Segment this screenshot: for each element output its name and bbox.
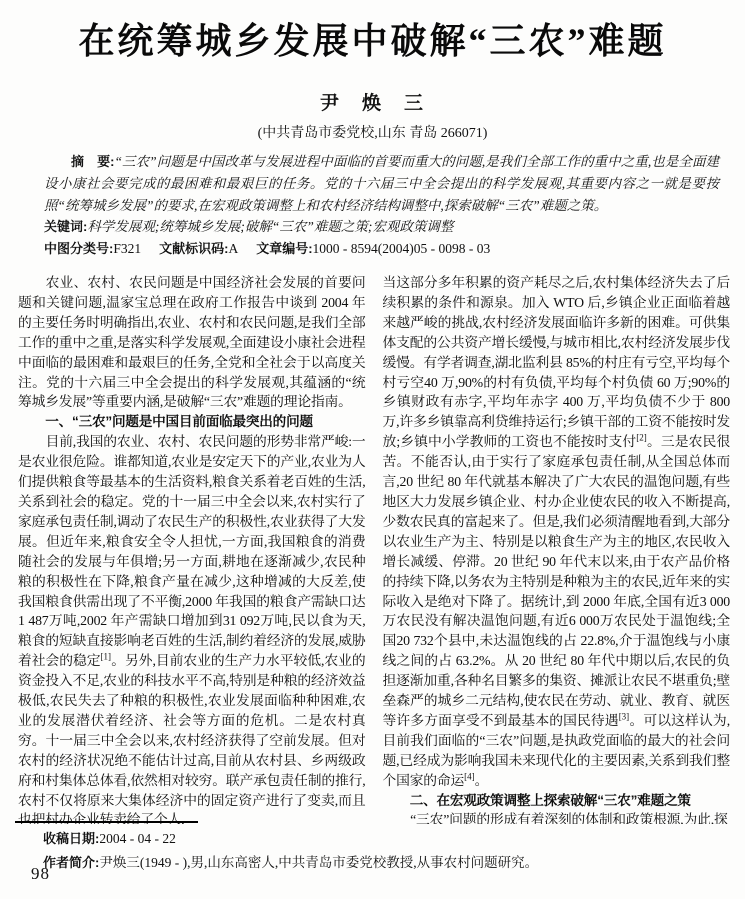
- text-run: 二、在宏观政策调整上探索破解“三农”难题之策: [410, 793, 691, 808]
- author-bio-value: 尹焕三(1949 - ),男,山东高密人,中共青岛市委党校教授,从事农村问题研究…: [99, 855, 538, 870]
- received-date-label: 收稿日期:: [43, 831, 99, 846]
- left-column: 农业、农村、农民问题是中国经济社会发展的首要问题和关键问题,温家宝总理在政府工作…: [18, 273, 366, 824]
- text-run: 一、“三农”问题是中国目前面临最突出的问题: [45, 414, 313, 429]
- author-name: 尹 焕 三: [0, 88, 745, 115]
- article-no-value: 1000 - 8594(2004)05 - 0098 - 03: [313, 241, 491, 256]
- text-run: 。另外,目前农业的生产力水平较低,农业的资金投入不足,农业的科技水平不高,特别是…: [18, 653, 366, 824]
- clc-label: 中图分类号:: [44, 241, 113, 256]
- body-paragraph: 农业、农村、农民问题是中国经济社会发展的首要问题和关键问题,温家宝总理在政府工作…: [18, 273, 366, 412]
- author-bio-label: 作者简介:: [43, 855, 99, 870]
- text-run: 。三是农民很苦。不能否认,由于实行了家庭承包责任制,从全国总体而言,20 世纪 …: [383, 434, 731, 728]
- text-run: “三农”问题的形成有着深刻的体制和政策根源,为此,探: [410, 812, 727, 824]
- citation-ref: [3]: [619, 711, 630, 721]
- body-columns: 农业、农村、农民问题是中国经济社会发展的首要问题和关键问题,温家宝总理在政府工作…: [18, 273, 730, 824]
- page-number: 98: [31, 864, 50, 884]
- abstract-line: 摘 要:“三农”问题是中国改革与发展进程中面临的首要而重大的问题,是我们全部工作…: [44, 151, 719, 216]
- author-affiliation: (中共青岛市委党校,山东 青岛 266071): [0, 122, 745, 142]
- section-heading: 一、“三农”问题是中国目前面临最突出的问题: [18, 412, 366, 432]
- article-title: 在统筹城乡发展中破解“三农”难题: [0, 13, 745, 64]
- text-run: 目前,我国的农业、农村、农民问题的形势非常严峻:一是农业很危险。谁都知道,农业是…: [18, 434, 366, 668]
- abstract-label: 摘 要:: [71, 154, 114, 169]
- section-heading: 二、在宏观政策调整上探索破解“三农”难题之策: [383, 791, 731, 811]
- text-run: 。: [475, 773, 489, 788]
- author-bio-line: 作者简介:尹焕三(1949 - ),男,山东高密人,中共青岛市委党校教授,从事农…: [43, 851, 725, 875]
- journal-page: 在统筹城乡发展中破解“三农”难题 尹 焕 三 (中共青岛市委党校,山东 青岛 2…: [0, 0, 745, 899]
- keywords-line: 关键词:科学发展观;统筹城乡发展;破解“三农”难题之策;宏观政策调整: [44, 216, 719, 238]
- clc-value: F321: [113, 241, 141, 256]
- footnote-divider: [15, 821, 198, 823]
- text-run: 农业、农村、农民问题是中国经济社会发展的首要问题和关键问题,温家宝总理在政府工作…: [18, 275, 366, 409]
- body-paragraph: 目前,我国的农业、农村、农民问题的形势非常严峻:一是农业很危险。谁都知道,农业是…: [18, 432, 366, 824]
- article-no-label: 文章编号:: [256, 241, 312, 256]
- body-paragraph: “三农”问题的形成有着深刻的体制和政策根源,为此,探: [383, 810, 731, 824]
- right-column: 当这部分多年积累的资产耗尽之后,农村集体经济失去了后续积累的条件和源泉。加入 W…: [383, 273, 731, 824]
- citation-ref: [1]: [101, 652, 112, 662]
- keywords-label: 关键词:: [44, 219, 87, 234]
- keywords-text: 科学发展观;统筹城乡发展;破解“三农”难题之策;宏观政策调整: [87, 219, 453, 234]
- abstract-text: “三农”问题是中国改革与发展进程中面临的首要而重大的问题,是我们全部工作的重中之…: [44, 154, 719, 213]
- received-date-line: 收稿日期:2004 - 04 - 22: [43, 827, 725, 851]
- citation-ref: [4]: [464, 771, 475, 781]
- text-run: 当这部分多年积累的资产耗尽之后,农村集体经济失去了后续积累的条件和源泉。加入 W…: [383, 275, 731, 449]
- doc-code-value: A: [228, 241, 238, 256]
- classification-line: 中图分类号:F321文献标识码:A文章编号:1000 - 8594(2004)0…: [44, 238, 719, 260]
- doc-code-label: 文献标识码:: [159, 241, 228, 256]
- abstract-block: 摘 要:“三农”问题是中国改革与发展进程中面临的首要而重大的问题,是我们全部工作…: [44, 151, 719, 260]
- body-paragraph: 当这部分多年积累的资产耗尽之后,农村集体经济失去了后续积累的条件和源泉。加入 W…: [383, 273, 731, 791]
- citation-ref: [2]: [636, 433, 647, 443]
- footnote-block: 收稿日期:2004 - 04 - 22 作者简介:尹焕三(1949 - ),男,…: [43, 827, 725, 874]
- received-date-value: 2004 - 04 - 22: [99, 831, 176, 846]
